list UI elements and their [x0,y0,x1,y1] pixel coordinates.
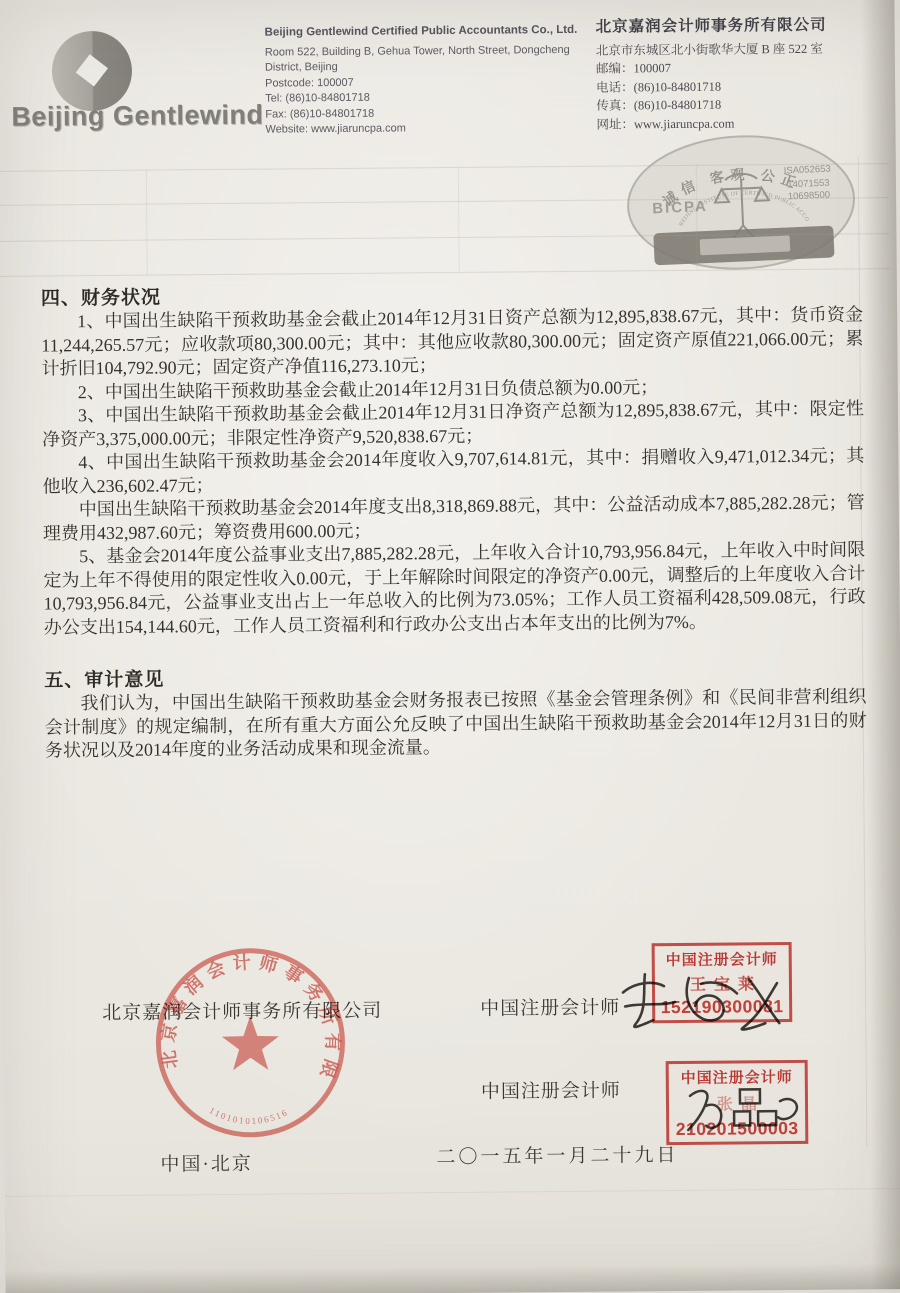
website-en: Website: www.jiaruncpa.com [265,120,595,138]
sticker-serial-1: ISA052653 [783,164,830,177]
report-body: 四、财务状况 1、中国出生缺陷干预救助基金会截止2014年12月31日资产总额为… [41,280,867,763]
paper-crease [5,1188,900,1197]
letterhead-chinese: 北京嘉润会计师事务所有限公司 北京市东城区北小街歌华大厦 B 座 522 室 邮… [596,16,889,134]
letterhead-english: Beijing Gentlewind Certified Public Acco… [265,23,596,138]
seal-star [222,1016,279,1071]
logo-wordmark: Beijing Gentlewind [11,100,271,133]
photographed-audit-report: { "letterhead": { "logo_text": "Beijing … [0,0,900,1293]
signature-wangbaolai [609,961,810,1041]
finance-paragraph-5: 中国出生缺陷干预救助基金会2014年度支出8,318,869.88元，其中：公益… [43,491,865,545]
cpa-label-1: 中国注册会计师 [480,993,620,1021]
bleed-line [146,170,148,275]
seal-number: 1101010106516 [208,1105,291,1127]
finance-paragraph-6: 5、基金会2014年度公益事业支出7,885,282.28元，上年收入合计10,… [43,538,866,639]
paper-edge-shadow-bottom [5,1263,900,1293]
bleed-line [458,167,460,272]
bicpa-label: BICPA [652,198,708,217]
seal-arc-text: 北京嘉润会计师事务所有限公司 [146,944,344,1089]
finance-paragraph-4: 4、中国出生缺陷干预救助基金会2014年度收入9,707,614.81元，其中：… [42,444,864,498]
date-line: 二〇一五年一月二十九日 [436,1140,678,1169]
finance-paragraph-1: 1、中国出生缺陷干预救助基金会截止2014年12月31日资产总额为12,895,… [41,303,864,381]
company-name-en: Beijing Gentlewind Certified Public Acco… [265,23,595,41]
sticker-serial-3: 10698500 [788,190,831,203]
location-line: 中国·北京 [160,1149,253,1177]
address-en-1: Room 522, Building B, Gehua Tower, North… [265,42,595,60]
finance-paragraph-3: 3、中国出生缺陷干预救助基金会截止2014年12月31日净资产总额为12,895… [42,397,864,451]
paper-sheet: Beijing Gentlewind Beijing Gentlewind Ce… [0,0,900,1293]
sticker-serial-2: 14071553 [787,178,830,191]
company-seal: 北京嘉润会计师事务所有限公司 1101010106516 [146,944,358,1146]
opinion-paragraph: 我们认为，中国出生缺陷干预救助基金会财务报表已按照《基金会管理条例》和《民间非营… [44,685,867,763]
signature-zhangjing [680,1077,831,1140]
bicpa-foil-sticker: 诚信 客观 公正 BEIJING INSTITUTE OF CERTIFIED … [619,128,865,280]
company-name-zh: 北京嘉润会计师事务所有限公司 [596,16,888,37]
cpa-label-2: 中国注册会计师 [481,1076,621,1104]
